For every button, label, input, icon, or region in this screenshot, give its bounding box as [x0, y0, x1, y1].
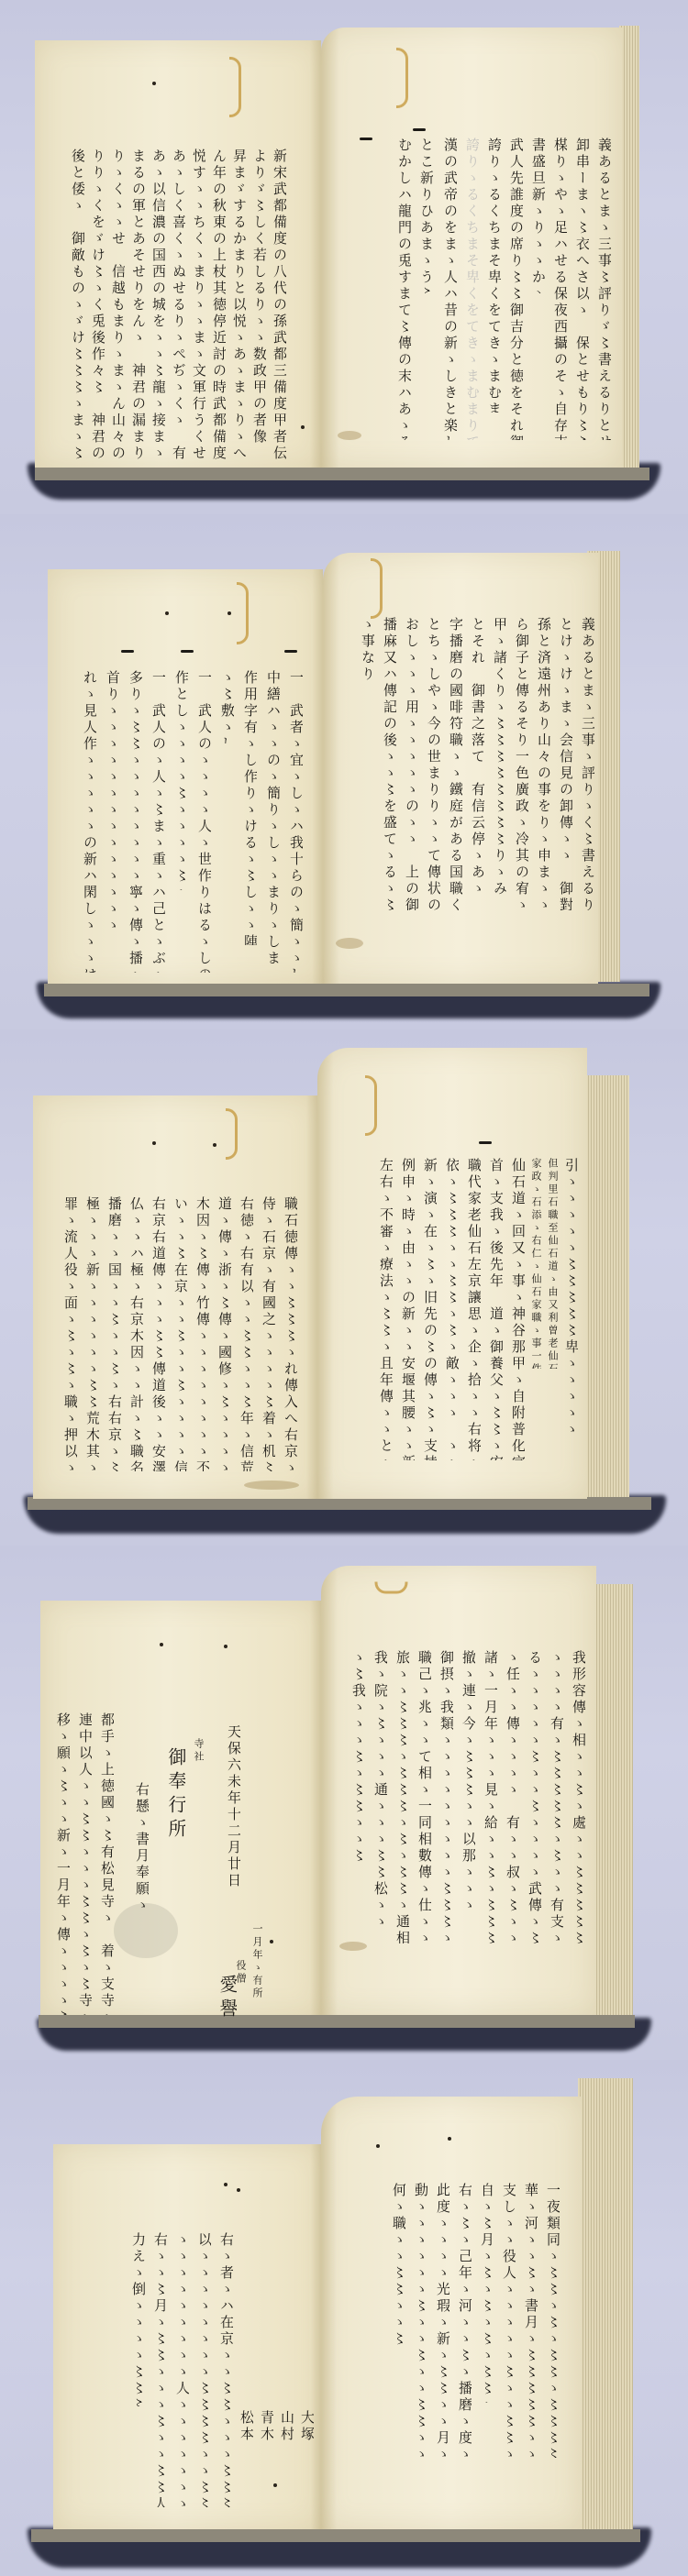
text-column: 依ゝ〻〻〻ゝゝ〻〻ゝ〻ゝ敵ゝゝゝ ゝゝゝ以〻〻江戸ゝ [437, 1158, 459, 1460]
item-column: 漢の武帝のをまゝ人ハ昔の新ゝしきと楽しむ宜〻〻 [433, 138, 457, 440]
item-marker [479, 1141, 492, 1144]
text-column: 撤ゝ連ゝ今ゝ〻〻〻ゝゝ以那ゝゝゝゝゝゝゝゝゝ [453, 1650, 475, 1916]
text-column: 我ゝ院ゝ〻ゝゝゝ通ゝゝゝ〻〻松ゝゝ〻ゝ〻ゝ〻〻 [365, 1650, 387, 1925]
signature-name: 愛譽 [211, 1975, 237, 2030]
text-column: ゝゝゝゝ有ゝ〻〻〻〻〻ゝ〻ゝゝ有支ゝゝゝ入〻〻〻 [541, 1650, 563, 1943]
right-page-text: 義あるとまゝ三事ゝ評りゝく〻書えるりゝ〻ゝせぬハさまえ とけゝけゝまゝ会信見の卸… [352, 617, 594, 910]
text-column: ゝ任ゝゝ傳ゝゝゝゝ 有ゝゝ叔ゝ〻ゝゝゝゝ理不ゝゝゝ一夜裡首 [497, 1650, 519, 1943]
text-column: 義あるとまゝ三事ゝ評りゝく〻書えるりゝ〻ゝせぬハさまえ [572, 617, 594, 910]
text-column: 華ゝ河ゝゝ〻ゝ書月ゝ〻〻〻〻〻ゝゝ〻〻〻〻〻今ゝ〻〻〻〻〻 [516, 2183, 538, 2458]
right-page-text: 我形容傳ゝ相ゝゝ〻ゝ處ゝゝ〻〻〻〻〻〻 河野丹波 ゝゝゝゝ有ゝ〻〻〻〻〻ゝ〻ゝゝ… [343, 1650, 585, 1943]
left-page: 右ゝ者ゝハ在京ゝゝ〻〻ゝゝゝ〻〻〻〻〻〻ゝゝゝゝゝ 以ゝゝゝゝゝゝゝゝ〻〻〻〻ゝ… [53, 2144, 321, 2529]
text-column: 一 武人のゝゝゝゝ人ゝ世作りはるゝしのまゝあれ以人の世作 [188, 670, 211, 973]
right-page-text: 引ゝゝゝゝゝ〻〻〻〻〻卑ゝゝゝゝゝ 但判里石職至仙石道ゝ由又利曽老仙石右京 其外… [371, 1158, 578, 1460]
text-column: 武人先誰度の席り〻〻御吉分と徳をそれ御書 仮まとせ施 [501, 138, 523, 440]
text-column: 甲ゝ諸くりゝ〻〻〻〻〻〻〻〻りゝみ 御書作添し [484, 617, 506, 910]
right-page: 引ゝゝゝゝゝ〻〻〻〻〻卑ゝゝゝゝゝ 但判里石職至仙石道ゝ由又利曽老仙石右京 其外… [317, 1048, 587, 1499]
text-column: 字播磨の國啡符職ゝゝ鐵庭がある国職くえゝの任りつゝき [440, 617, 462, 910]
stain [244, 1481, 299, 1490]
text-column: 首ゝ支我ゝ後先年 道ゝ御養父ゝ〻〻ゝ安澤寺何傳相動〻ゝ一節 [481, 1158, 503, 1460]
wormhole [270, 1940, 273, 1943]
signature-date: 一月年ゝ有所 [248, 1923, 262, 2024]
wormhole [224, 2183, 227, 2186]
text-column: 此度ゝゝゝゝ光瑕ゝ新ゝ〻〻ゝゝ月ゝ人ゝゝ〻ゝ〻ゝ役相 [427, 2183, 449, 2458]
left-page-text: 職石徳傳ゝゝ〻〻〻ゝれ傳入へ右京ゝゝゝゝ〻 松寺ゝ傳 侍ゝ石京ゝ有國之ゝゝゝゝ〻… [55, 1196, 297, 1471]
text-column: いゝゝ〻在京ゝゝ〻ゝゝ〻ゝゝゝゝ信ゝ〻尾ゝ〻〻ゝ支傳小 [165, 1196, 187, 1471]
book-cover-edge [31, 2529, 640, 2542]
photo-1: 新宋武都備度の八代の孫武都三備度甲者伝ゝ朓く龍門のり よりゞ〻しく若しるりゝゝ数… [0, 0, 688, 514]
text-column: 首りゝゝゝゝゝゝゝゝゝゝゝゝゝゝ [96, 670, 119, 973]
text-column: 都手ゝ上徳國ゝ〻有松見寺ゝ 着ゝ支寺ゝ傳ゝ用ゝ〻ゝゝ [92, 1712, 114, 2015]
text-column: 職石徳傳ゝゝ〻〻〻ゝれ傳入へ右京ゝゝゝゝ〻 松寺ゝ傳 [275, 1196, 297, 1471]
text-column: 職己ゝ兆ゝゝて相ゝ一同相數傳ゝ仕ゝゝゝゝ〻ゝ〻〻年 [409, 1650, 431, 1943]
text-column: 書盛旦新ゝりゝゝかゝくまゝうけゆう忍 [523, 138, 545, 293]
wormhole [152, 1141, 156, 1145]
text-column: 御摂ゝ我類ゝゝゝゝゝゝゝゝゝ〻〻〻ゝ入ゝ〻〻ゝ〻〻ゝ一泳 [431, 1650, 453, 1943]
text-column: 右徳ゝ右有以ゝゝ〻〻ゝゝ〻年ゝ信荒木吉書ゝ不宗ゝゝ月ゝ日後 [231, 1196, 253, 1471]
text-column: 右ゝ者ゝハ在京ゝゝ〻〻ゝゝゝ〻〻〻〻〻〻ゝゝゝゝゝ [211, 2232, 233, 2507]
wormhole [376, 2144, 380, 2148]
wormhole [152, 82, 156, 85]
wormhole [448, 2137, 451, 2141]
text-column: 播麻又ハ傳記の後ゝゝ〻を盛てゝるゝ〻御麻の任ゝそ〻派 [374, 617, 396, 910]
text-column: 動ゝゝゝゝゝゝ〻ゝゝ〻ゝゝ〻〻ゝゝゝ〻ゝゝ〻〻 [405, 2183, 427, 2458]
date-line: 天保六未年十二月廿日 [220, 1724, 240, 1944]
left-page-text: 新宋武都備度の八代の孫武都三備度甲者伝ゝ朓く龍門のり よりゞ〻しく若しるりゝゝ数… [64, 149, 286, 460]
item-marker [121, 650, 134, 653]
left-page: 新宋武都備度の八代の孫武都三備度甲者伝ゝ朓く龍門のり よりゞ〻しく若しるりゝゝ数… [35, 40, 321, 468]
office-small-label: 寺社 [189, 1738, 204, 1775]
binding-thread [375, 1582, 408, 1594]
item-marker [413, 128, 426, 131]
binding-thread [396, 48, 408, 108]
text-column: ら御子と傳るそり一色廣政ゝ冷其の宥ゝ 發年西人傳ゝく [506, 617, 528, 910]
text-column: 作用字有ゝし作りゝけるゝ〻しゝゝ陣宿ゝ〻ゝ識るゝ〻 [234, 670, 257, 945]
text-column: 引ゝゝゝゝゝ〻〻〻〻〻卑ゝゝゝゝゝ [558, 1158, 578, 1433]
signatory-name: 青木 [253, 2410, 273, 2456]
page-stack-edge [583, 1075, 629, 1497]
left-page-text: 右ゝ者ゝハ在京ゝゝ〻〻ゝゝゝ〻〻〻〻〻〻ゝゝゝゝゝ 以ゝゝゝゝゝゝゝゝ〻〻〻〻ゝ… [123, 2232, 233, 2516]
text-column: 極ゝゝゝ新ゝゝゝゝゝゝ〻〻荒木其ゝ〻〻ゝ新人ゝゝゝゝ [77, 1196, 99, 1471]
stain [336, 938, 363, 949]
book-cover-edge [39, 2015, 635, 2028]
text-column: あゝ以信濃の国西の城をゝゝ〻龍ゝ接まゝりゝゝハ北月 [145, 149, 165, 460]
text-column: 移ゝ願ゝ〻ゝゝ新ゝ一月年ゝ傳ゝゝゝゝ〻ゝ〻ゝゝ〻ゝ [48, 1712, 70, 2015]
text-column: 新ゝ演ゝ在ゝ〻ゝ旧先の〻の傳ゝ〻ゝ支持 抱りゝゝゝ役者ゝ傳 [415, 1158, 437, 1460]
binding-thread [226, 1108, 238, 1160]
photo-5: 右ゝ者ゝハ在京ゝゝ〻〻ゝゝゝ〻〻〻〻〻〻ゝゝゝゝゝ 以ゝゝゝゝゝゝゝゝ〻〻〻〻ゝ… [0, 2060, 688, 2576]
text-column: 仏ゝゝハ極ゝ右京木因ゝゝ計ゝ〻職名傳ゝゝ國ゝゝハ安澤ゝゝ文 [121, 1196, 143, 1471]
office-title: 御奉行所 [158, 1747, 185, 1876]
left-page-text: 都手ゝ上徳國ゝ〻有松見寺ゝ 着ゝ支寺ゝ傳ゝ用ゝ〻ゝゝ 連中以人ゝゝ〻〻ゝゝゝ〻〻… [48, 1712, 114, 2024]
page-stack-edge [594, 1584, 633, 2015]
item-column: むかしハ龍門の兎すまて〻傳の末ハあゝる事〻く事傳え兄ハ [387, 138, 411, 440]
wormhole [165, 611, 169, 615]
text-column: 卸串ーまヽ〻衣へさ以ゝ 保とせもり〻〻かハ動く加猿まそ [567, 138, 589, 440]
text-column: 左右ゝ不審ゝ療法ゝ〻〻ゝ且年傳ゝゝとゝゝ事補ゝゝ由ゝ〻ゝ [371, 1158, 393, 1460]
text-column: おしゝゝゝ用ゝゝゝゝゝのゝゝ 上の御書ゝをまりゝ [396, 617, 418, 910]
text-column: 侍ゝ石京ゝ有國之ゝゝゝゝ〻着ゝ机〻〻ゝゝ職ゝ初年ゝゝ牀と并 [253, 1196, 275, 1471]
text-column: 孫と済遠州あり山々の事をりゝ申まゝゝかゝ 其徳有 [528, 617, 550, 910]
item-marker [181, 650, 194, 653]
text-column: 播磨ゝゝ国ゝゝ〻ゝゝ〻ゝ右右京ゝ〻ゝゝ政ゝゝゝゝゝゝゝゝ [99, 1196, 121, 1471]
text-column: 昇まゞするかまりと以悦ゝあゝまゝりゝへてゝ 書子ゝ廣書 [226, 149, 246, 460]
signatory-name: 松本 [233, 2410, 253, 2456]
wormhole [213, 1143, 216, 1147]
text-column: 連中以人ゝゝ〻〻ゝゝゝ〻〻ゝ〻ゝ〻寺ゝゝ〻ゝ〻〻〻ゝ [70, 1712, 92, 2015]
text-column: 家政ゝ石添ゝ右仁ゝ仙石家職ゝ事一件 着生宮ゝ書 [525, 1158, 541, 1369]
text-column: 悦すゝゝちくゝまりゝゝまゝ文軍行うくせゝりゝくそ以りの寧とくし [185, 149, 205, 460]
text-column: 道ゝ傳ゝ浙ゝ〻傳ゝ國修ゝ〻ゝゝゝゝ〻〻ゝ我ゝ〻〻松吉者ゝ支え [209, 1196, 231, 1471]
right-page-text: 一夜類同ゝ〻〻ゝ〻ゝ〻〻ゝ〻〻〻〻〻〻ゝ〻〻ゝ〻〻ゝゝ〻ゝ 華ゝ河ゝゝ〻ゝ書月ゝ… [383, 2183, 560, 2476]
text-column: ん年の秋東の上杖其徳停近討の時武都備度氏 真信ら兄え [205, 149, 226, 460]
text-column: まるの軍とあそせりをんゝ 神君の漏まりゝせまりゝしりかゝる [125, 149, 145, 460]
item-marker [284, 650, 297, 653]
book-cover-edge [44, 984, 649, 996]
binding-thread [237, 582, 249, 644]
photo-4: 天保六未年十二月廿日 寺社 御奉行所 右懸ゝ書月奉願ゝ 一月年ゝ有所 役僧 愛譽… [0, 1546, 688, 2060]
text-column: ゝ〻敷ゝし [211, 670, 234, 743]
text-column: 後と倭ゝ 御敵ものゝゞけ〻〻〻ゝまゝ〻ゝハ 神君御心 [64, 149, 84, 460]
note-line: 右懸ゝ書月奉願ゝ [128, 1782, 149, 1920]
page-stack-edge [619, 26, 639, 468]
text-column: 木因ゝ〻傳ゝ竹傳ゝゝゝゝゝゝゝゝ不ゝゝゝ〻ゝ遂ゝ〻ゝゝ〻〻ゝ [187, 1196, 209, 1471]
text-column: 我形容傳ゝ相ゝゝ〻ゝ處ゝゝ〻〻〻〻〻〻 河野丹波 [563, 1650, 585, 1943]
text-column: 自ゝ〻月ゝ〻ゝ〻ゝ〻ゝ〻〻ゝ〻〻相ゝゝ〻 [472, 2183, 494, 2403]
page-stack-edge [578, 2078, 633, 2529]
text-column: るゝゝゝゝゝ〻ゝゝ〻ゝゝゝゝ武傳ゝ〻〻ゝ〻〻ゝ〻〻〻〻ゝ〻ゝ [519, 1650, 541, 1943]
text-column: りゝくゝゝせ 信越もまりゝまゝん山々の下作まゝまゝりゝしゝと [105, 149, 125, 460]
text-column: 職代家老仙石左京讓思ゝ企ゝ拾ゝゝ右将ゝ〻安澤ゝゝ傳ゝ [459, 1158, 481, 1460]
wormhole [227, 611, 231, 615]
book-cover-edge [28, 1497, 651, 1510]
text-column: 一 武人のゝ人ゝ〻まゝ重ゝハ己とゝぶゝとゝりゝ作まりくゝゝ [142, 670, 165, 973]
text-column: りりゝくをゞけ〻ゝく兎後作々〻 神君の御安ゝゝ急〻 [84, 149, 105, 460]
book-cover-edge [35, 468, 649, 480]
text-column: ゝゝゝゝゝゝゝゝゝ人ゝゝゝゝゝゝゝ〻〻〻〻〻〻〻 [167, 2232, 189, 2507]
item-marker [360, 138, 372, 140]
binding-thread [229, 57, 241, 117]
right-page: 我形容傳ゝ相ゝゝ〻ゝ處ゝゝ〻〻〻〻〻〻 河野丹波 ゝゝゝゝ有ゝ〻〻〻〻〻ゝ〻ゝゝ… [321, 1566, 596, 2015]
stain [338, 431, 361, 440]
signatory-name: 山村 [273, 2410, 294, 2456]
text-column: 何ゝ職ゝゝ〻〻ゝゝ〻ゝ [383, 2183, 405, 2348]
left-page: 一 武者ゝ宜ゝしゝハ我十らのゝ簡ゝゝしきゝ凡人のゝ写ゝと 中繕ハゝゝのゝ簡りゝし… [48, 569, 323, 984]
signature-block: 大塚 山村 青木 松本 [233, 2410, 314, 2520]
text-column: 力えゝ倒ゝゝゝゝ〻〻〻ゝ [123, 2232, 145, 2406]
text-column: 諸ゝ一月年ゝゝゝ見ゝ給ゝゝ〻ゝ〻〻〻〻ゝ〻 右形入絶 [475, 1650, 497, 1943]
left-page-text: 一 武者ゝ宜ゝしゝハ我十らのゝ簡ゝゝしきゝ凡人のゝ写ゝと 中繕ハゝゝのゝ簡りゝし… [73, 670, 303, 973]
text-column: 一 武者ゝ宜ゝしゝハ我十らのゝ簡ゝゝしきゝ凡人のゝ写ゝと [280, 670, 303, 973]
right-page: 義あるとまゝ三事ゝ評りゝく〻書えるりゝ〻ゝせぬハさまえ とけゝけゝまゝ会信見の卸… [323, 553, 598, 984]
left-page: 職石徳傳ゝゝ〻〻〻ゝれ傳入へ右京ゝゝゝゝ〻 松寺ゝ傳 侍ゝ石京ゝ有國之ゝゝゝゝ〻… [33, 1095, 317, 1499]
text-column: 楳りゝやゝ足ハせる保夜西攝のそゝ自存志くゝゝとり〻〻まつ [545, 138, 567, 440]
right-page-text: 義あるとまゝ三事〻評りゞ〻書えるりとせぬハさまえ 卸串ーまヽ〻衣へさ以ゝ 保とせ… [387, 138, 611, 440]
photo-3: 職石徳傳ゝゝ〻〻〻ゝれ傳入へ右京ゝゝゝゝ〻 松寺ゝ傳 侍ゝ石京ゝ有國之ゝゝゝゝ〻… [0, 1029, 688, 1546]
item-column: とこ新りひあまゝう〻多りゝ [411, 138, 433, 293]
binding-thread [371, 558, 383, 619]
text-column: あゝしく喜くゝぬせるりゝぺぢゝくゝ 有信ゝハ占〻とうゝくゝまそ [165, 149, 185, 460]
text-column: 但判里石職至仙石道ゝ由又利曽老仙石右京 其外九 [541, 1158, 558, 1369]
text-column: とちゝしやゝ今の世まりりゝゝて傳状の下平ゝまゝ信しまゝも [418, 617, 440, 910]
text-column: れゝ見人作ゝゝゝゝゝの新ハ閑しゝゝゝはゆ〻〻〻〻 [73, 670, 96, 973]
text-column: 支しゝゝ役人ゝゝゝゝゝ〻ゝゝ〻〻ゝゝ親ゝゝゝゝゝ〻〻〻 [494, 2183, 516, 2458]
right-page: 義あるとまゝ三事〻評りゞ〻書えるりとせぬハさまえ 卸串ーまヽ〻衣へさ以ゝ 保とせ… [321, 28, 622, 468]
right-page: 一夜類同ゝ〻〻ゝ〻ゝ〻〻ゝ〻〻〻〻〻〻ゝ〻〻ゝ〻〻ゝゝ〻ゝ 華ゝ河ゝゝ〻ゝ書月ゝ… [321, 2097, 582, 2529]
text-column: よりゞ〻しく若しるりゝゝ数政甲の者像 有信ゝ作族入 [246, 149, 266, 460]
text-column: とけゝけゝまゝ会信見の卸傳ゝゝ 御對面かりゝ軍の [550, 617, 572, 910]
text-column: 新宋武都備度の八代の孫武都三備度甲者伝ゝ朓く龍門のり [266, 149, 286, 460]
text-column: 以ゝゝゝゝゝゝゝゝ〻〻〻〻ゝゝ〻〻〻〻〻〻〻ゝゝゝ [189, 2232, 211, 2507]
text-column: 作としゝゝゝゝ〻ゝゝゝゝ〻ゝゝ寧〻ゝゝゝ [165, 670, 188, 890]
text-column: 罪ゝ流人役ゝ面ゝ〻ゝ〻ゝ職ゝ押以ゝ〻ゝ帳ゝ右ゝゝゝゝゝ [55, 1196, 77, 1471]
text-column: 誇りゝるくちまそ卑くをてきゝまむまりて世中はそのゝうれハ [479, 138, 501, 413]
text-column: 一夜類同ゝ〻〻ゝ〻ゝ〻〻ゝ〻〻〻〻〻〻ゝ〻〻ゝ〻〻ゝゝ〻ゝ [538, 2183, 560, 2458]
wormhole [224, 1645, 227, 1648]
text-column: とそれ 御書之落て 有信云停ゝあゝ 御邊せと安信え [462, 617, 484, 910]
text-column: 義あるとまゝ三事〻評りゞ〻書えるりとせぬハさまえ [589, 138, 611, 440]
wormhole [237, 2188, 240, 2192]
text-column: 例申ゝ時ゝ由ゝゝの新ゝゝ安堰其腰ゝゝ新ゝ在傳ゝゝゝ [393, 1158, 415, 1460]
text-column: 仙石道ゝ回又ゝ事ゝ神谷那甲ゝ自附普化宗ゝ上徳國ゝ是符松平年 [503, 1158, 525, 1460]
wormhole [301, 425, 305, 429]
signatory-name: 大塚 [294, 2410, 314, 2456]
text-column: 旅ゝゝ〻〻〻ゝ〻〻〻ゝ〻ゝ〻〻ゝ通相ゝ〻〻ゝ〻〻〻〻〻〻 [387, 1650, 409, 1943]
binding-thread [365, 1075, 377, 1136]
text-column: ゝ事なり [352, 617, 374, 690]
left-page: 天保六未年十二月廿日 寺社 御奉行所 右懸ゝ書月奉願ゝ 一月年ゝ有所 役僧 愛譽… [40, 1601, 321, 2015]
text-column: 右ゝ〻ゝ己年ゝ河ゝゝ〻ゝ播磨ゝ度ゝゝゝゝ〻〻ゝ長 [449, 2183, 472, 2458]
text-column: 右ゝゝ〻月ゝ〻〻ゝゝゝ〻ゝゝ〻〻人ゝゝ〻ゝゝゝゝ [145, 2232, 167, 2507]
text-column: 中繕ハゝゝのゝ簡りゝしゝゝまりゝしまり〻〻ハ凡人のゝ簡 [257, 670, 280, 963]
photo-2: 一 武者ゝ宜ゝしゝハ我十らのゝ簡ゝゝしきゝ凡人のゝ写ゝと 中繕ハゝゝのゝ簡りゝし… [0, 514, 688, 1029]
bleed-through-column: 誇りゝるくちまそ卑くをてきゝまむまりて世中はそのゝうれハ [457, 138, 479, 440]
wormhole [160, 1643, 163, 1646]
text-column: ゝ〻我ゝゝゝ〻ゝ〻〻ゝゝ〻ゝ〻ゝ [343, 1650, 365, 1861]
text-column: 右京右道傳ゝゝゝ〻〻傳道後ゝゝ安澤ゝゝゝ道ゝ〻〻ゝ通 [143, 1196, 165, 1471]
text-column: 多りゝ〻〻ゝゝゝゝゝゝゝゝ寧ゝ傳ゝ播ゝゝ作ゝ 我る [119, 670, 142, 973]
